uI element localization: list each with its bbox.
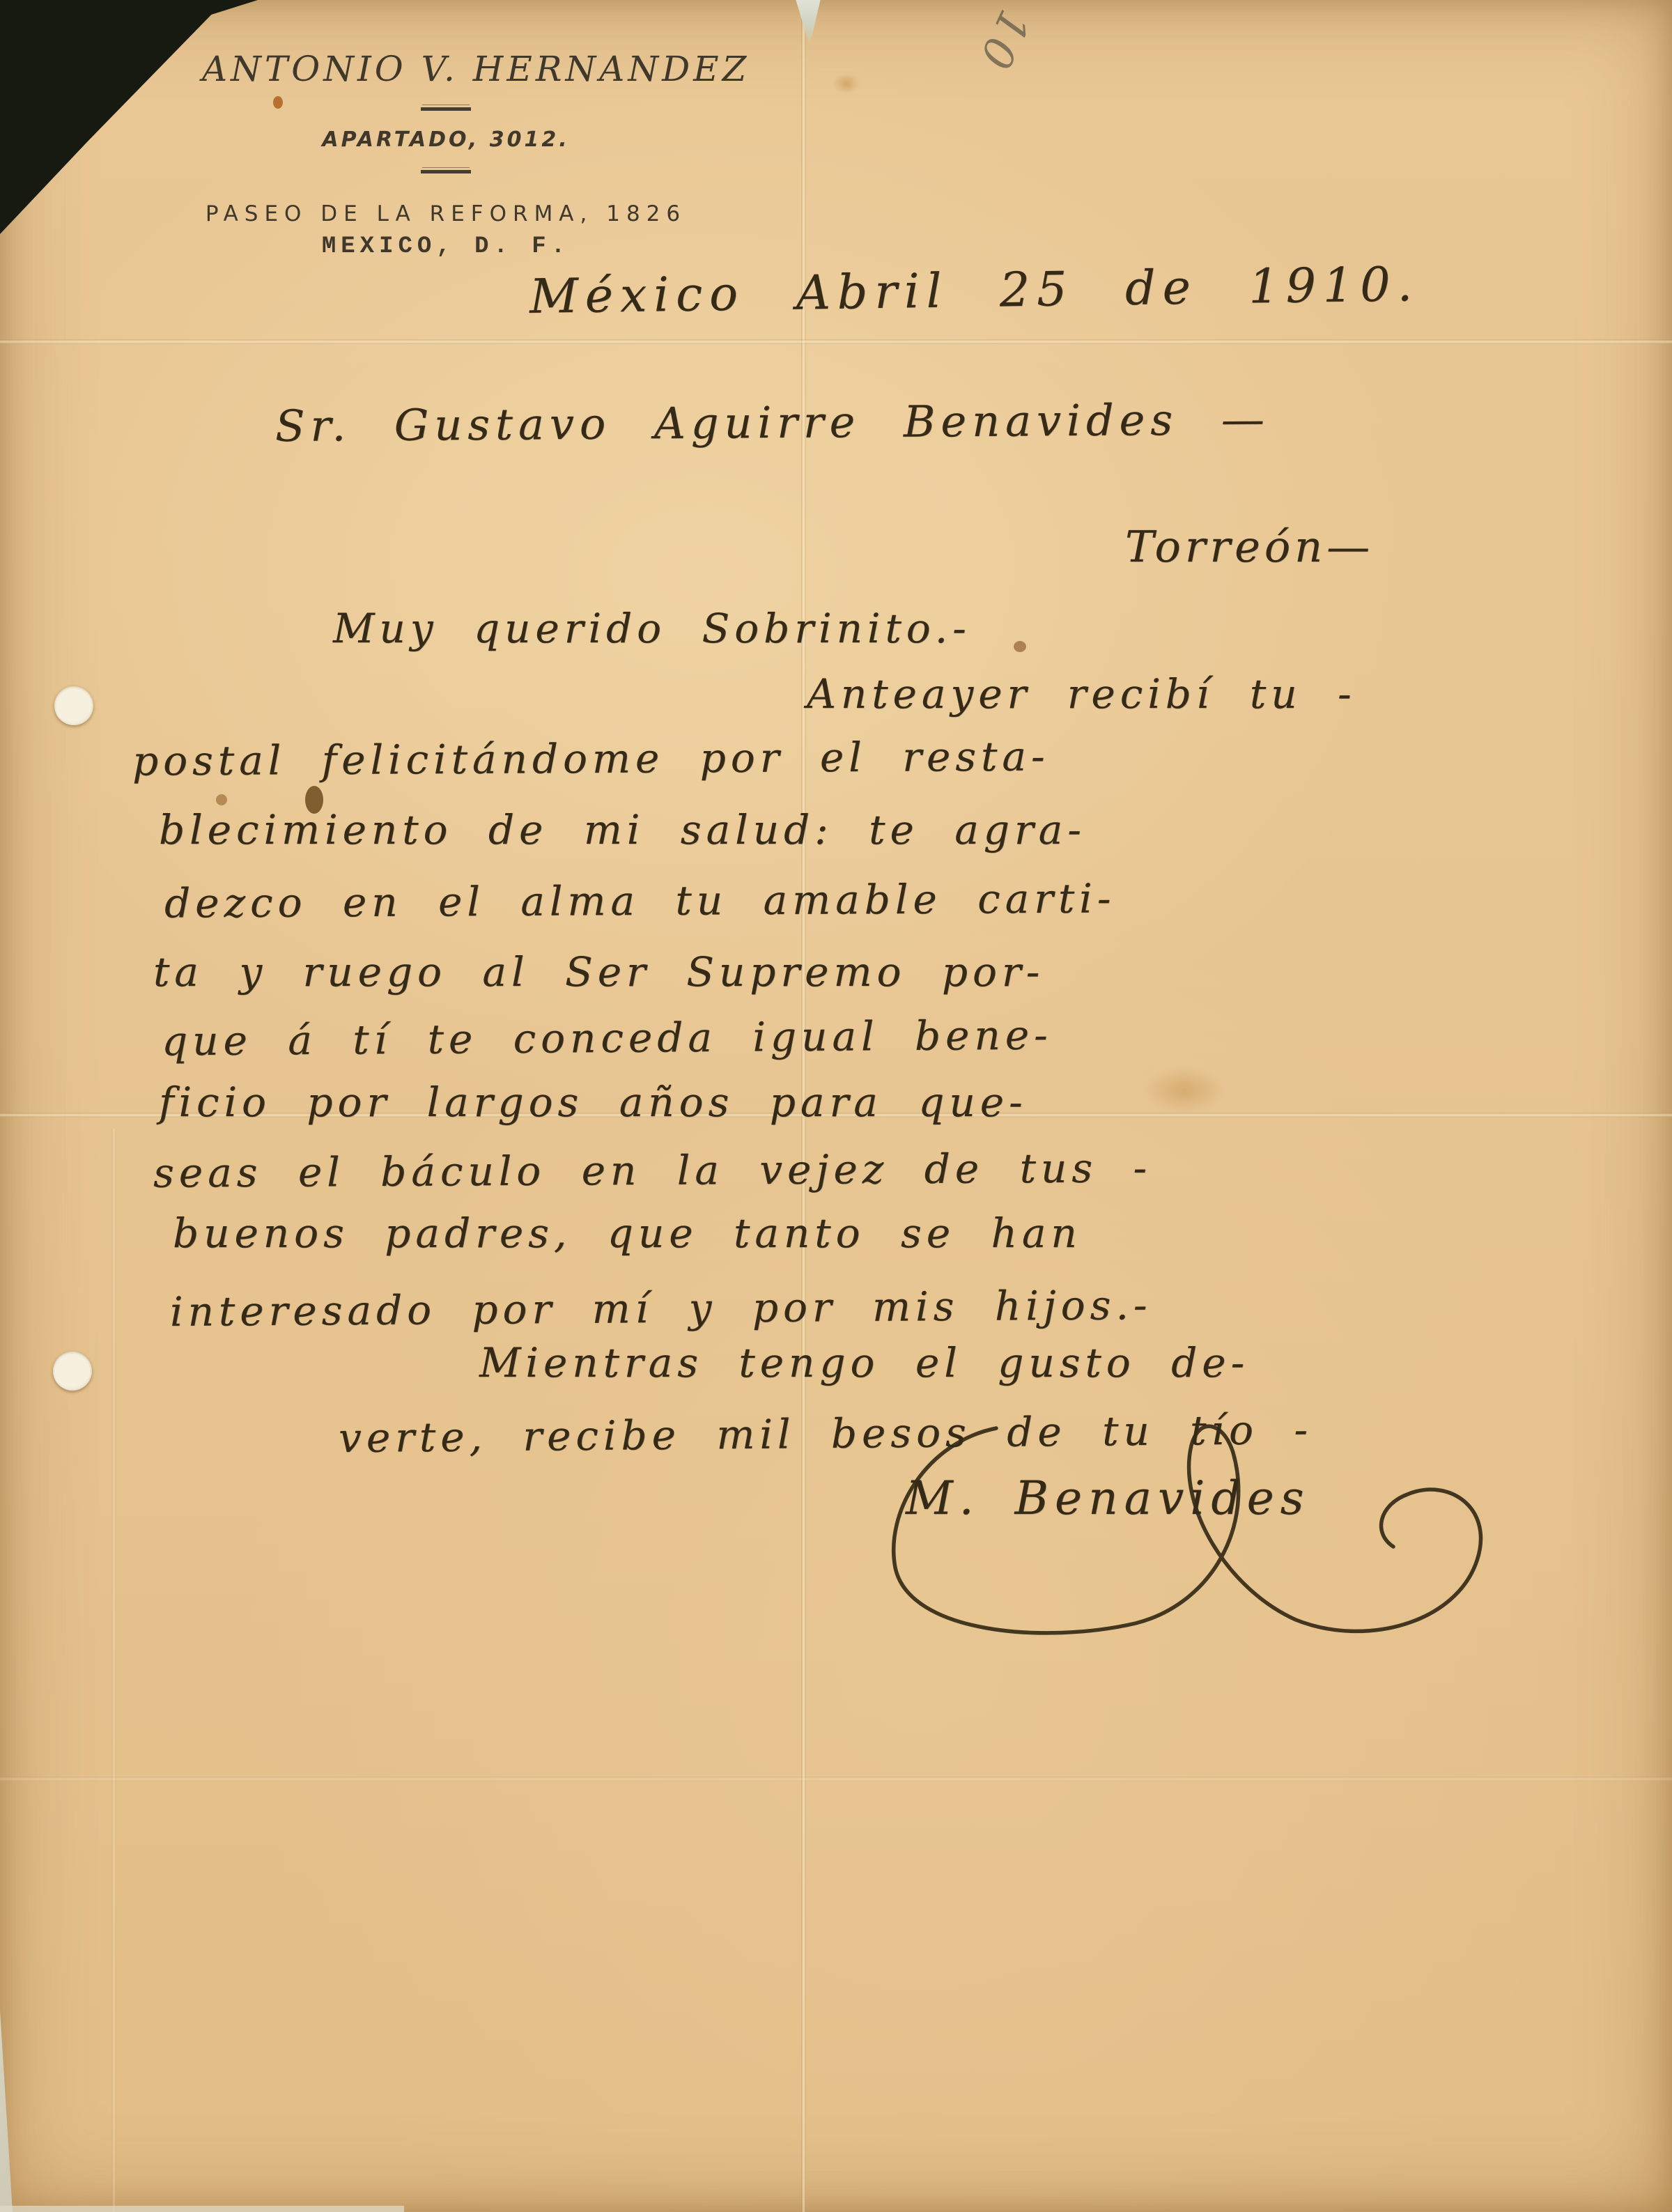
small-stain-2 <box>1014 641 1026 652</box>
body-line: ficio por largos años para que- <box>159 1078 1028 1126</box>
horizontal-fold-crease-faint <box>0 1777 1672 1781</box>
body-line: dezco en el alma tu amable carti- <box>164 874 1116 927</box>
bottom-left-tear <box>0 2010 70 2212</box>
letterhead-rule-1 <box>421 107 471 111</box>
paper-sheet: ANTONIO V. HERNANDEZ APARTADO, 3012. PAS… <box>0 0 1672 2212</box>
destination-line: Torreón— <box>1125 521 1374 572</box>
signature-name: M. Benavides <box>906 1471 1310 1525</box>
body-line: Mientras tengo el gusto de- <box>479 1339 1249 1386</box>
letterhead-po-box: APARTADO, 3012. <box>202 127 690 152</box>
body-line: interesado por mí y por mis hijos.- <box>170 1281 1152 1336</box>
letterhead-name: ANTONIO V. HERNANDEZ <box>202 49 690 89</box>
vertical-crease-left <box>111 1129 116 2212</box>
body-line: blecimiento de mi salud: te agra- <box>159 806 1086 853</box>
signature-block: M. Benavides <box>864 1414 1547 1651</box>
scanned-letter-page: { "letterhead": { "name": "ANTONIO V. HE… <box>0 0 1672 2212</box>
small-stain <box>216 794 227 805</box>
faint-stain-2 <box>1143 1066 1226 1115</box>
hole-punch-lower <box>53 1352 92 1391</box>
horizontal-fold-crease-upper <box>0 339 1672 344</box>
dateline: México Abril 25 de 1910. <box>529 257 1420 325</box>
salutation-line: Muy querido Sobrinito.- <box>333 605 971 652</box>
body-line: buenos padres, que tanto se han <box>173 1209 1082 1257</box>
letterhead-rule-2 <box>421 170 471 173</box>
body-line: que á tí te conceda igual bene- <box>162 1012 1053 1065</box>
body-line: seas el báculo en la vejez de tus - <box>153 1144 1152 1197</box>
letterhead-street: PASEO DE LA REFORMA, 1826 <box>202 201 690 226</box>
letterhead-city: MEXICO, D. F. <box>202 233 690 260</box>
top-edge-tear <box>793 0 823 46</box>
letterhead: ANTONIO V. HERNANDEZ APARTADO, 3012. PAS… <box>202 49 690 260</box>
pencil-note: 10 <box>968 3 1040 79</box>
body-line: Anteayer recibí tu - <box>807 670 1356 718</box>
signature-flourish <box>864 1414 1547 1651</box>
body-line: ta y ruego al Ser Supremo por- <box>153 948 1044 996</box>
hole-punch-upper <box>54 686 93 725</box>
body-line: postal felicitándome por el resta- <box>132 733 1050 785</box>
recipient-line: Sr. Gustavo Aguirre Benavides — <box>275 394 1270 451</box>
faint-stain <box>833 73 860 94</box>
bottom-edge-scan-strip <box>0 2206 404 2212</box>
